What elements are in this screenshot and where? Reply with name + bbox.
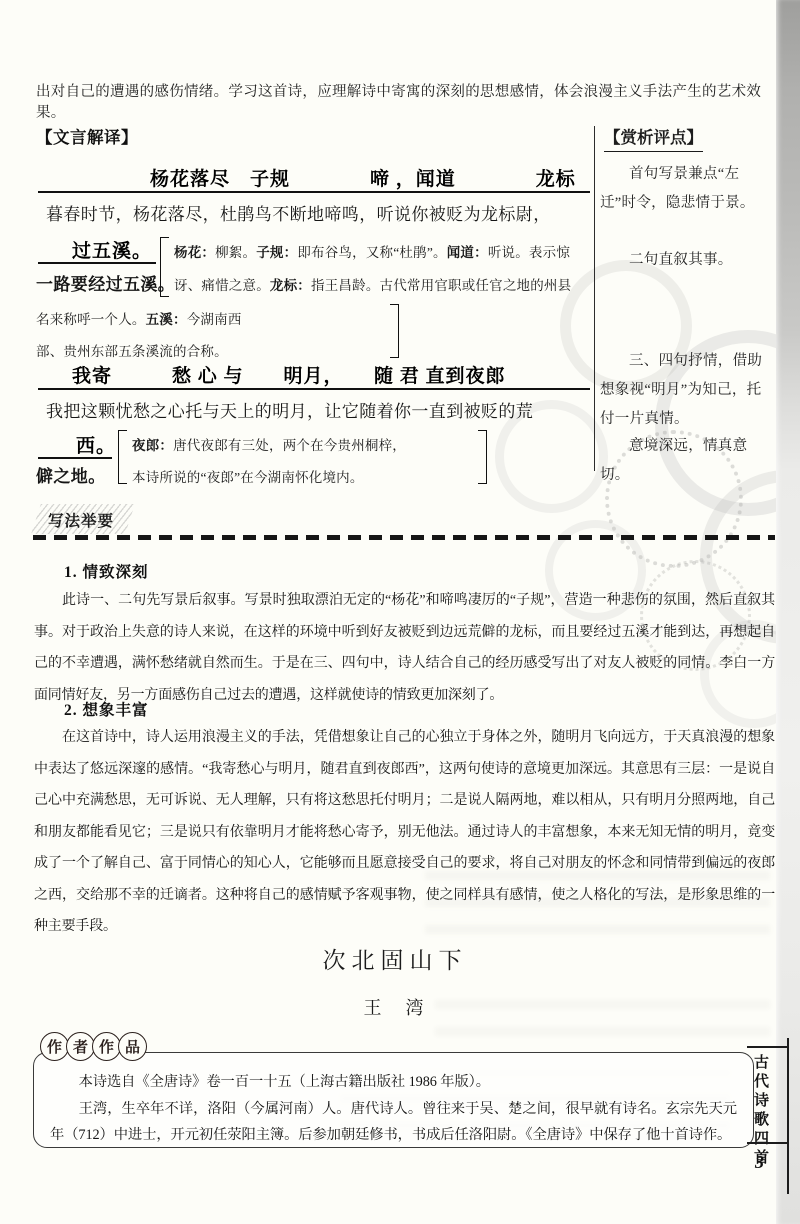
verse2-underline bbox=[38, 388, 590, 390]
next-poem-author: 王 湾 bbox=[0, 994, 790, 1020]
annotation-bracket-open bbox=[160, 237, 169, 297]
verse1-translation-line1: 暮春时节，杨花落尽，杜鹃鸟不断地啼鸣，听说你被贬为龙标尉， bbox=[46, 200, 551, 225]
verse1-note-line1: 杨花：柳絮。子规：即布谷鸟，又称“杜鹃”。闻道：听说。表示惊 bbox=[174, 241, 570, 261]
translation-header: 【文言解译】 bbox=[36, 124, 138, 148]
badge-char: 作 bbox=[40, 1032, 69, 1061]
verse1-note-line4: 部、贵州东部五条溪流的合称。 bbox=[36, 340, 228, 360]
badge-char: 者 bbox=[66, 1032, 95, 1061]
next-poem-title: 次北固山下 bbox=[0, 942, 790, 975]
appreciation-note-4: 意境深远，情真意切。 bbox=[600, 432, 774, 490]
badge-char: 作 bbox=[92, 1032, 121, 1061]
verse2-poem-line: 我寄 愁 心 与 明月， 随 君 直到夜郎 bbox=[72, 361, 506, 388]
side-tab-top-rule bbox=[747, 1046, 789, 1048]
page-number: 3 bbox=[755, 1152, 764, 1173]
verse1-underline bbox=[38, 191, 590, 193]
side-tab-label: 古代诗歌四首 bbox=[750, 1054, 771, 1168]
writing-point2-title: 2. 想象丰富 bbox=[64, 698, 149, 720]
sidebar-divider bbox=[594, 126, 595, 471]
author-works-box: 本诗选自《全唐诗》卷一百一十五（上海古籍出版社 1986 年版）。 王湾，生卒年… bbox=[33, 1052, 754, 1148]
writing-header: 写法举要 bbox=[48, 509, 114, 531]
annotation-bracket-open bbox=[118, 430, 127, 484]
verse1-poem-line: 杨花落尽 子规 啼 ，闻道 龙标 bbox=[150, 164, 576, 191]
side-tab-bottom-rule bbox=[747, 1142, 789, 1144]
annotation-bracket-close bbox=[478, 430, 487, 484]
appreciation-note-3: 三、四句抒情，借助想象视“明月”为知己，托付一片真情。 bbox=[600, 347, 774, 434]
writing-point1-body: 此诗一、二句先写景后叙事。写景时独取漂泊无定的“杨花”和啼鸣凄厉的“子规”，营造… bbox=[34, 585, 775, 711]
author-box-para2: 王湾，生卒年不详，洛阳（今属河南）人。唐代诗人。曾往来于吴、楚之间，很早就有诗名… bbox=[50, 1096, 737, 1149]
appreciation-note-1: 首句写景兼点“左迁”时令，隐悲情于景。 bbox=[600, 160, 774, 218]
intro-paragraph: 出对自己的遭遇的感伤情绪。学习这首诗，应理解诗中寄寓的深刻的思想感情，体会浪漫主… bbox=[36, 80, 776, 122]
author-works-badge: 作 者 作 品 bbox=[40, 1032, 147, 1061]
annotation-bracket-close bbox=[390, 304, 399, 358]
verse1-note-line2: 讶、痛惜之意。龙标：指王昌龄。古代常用官职或任官之地的州县 bbox=[174, 274, 571, 294]
verse1-cont-underline bbox=[38, 262, 156, 264]
side-tab-vertical-rule bbox=[787, 1038, 789, 1194]
appreciation-note-2: 二句直叙其事。 bbox=[600, 246, 774, 275]
badge-char: 品 bbox=[118, 1032, 147, 1061]
verse2-translation-line1: 我把这颗忧愁之心托与天上的明月，让它随着你一直到被贬的荒 bbox=[46, 397, 533, 422]
writing-point1-title: 1. 情致深刻 bbox=[64, 560, 149, 582]
verse2-translation-line2: 僻之地。 bbox=[36, 462, 106, 487]
verse1-poem-cont: 过五溪。 bbox=[72, 236, 152, 263]
textbook-page: 出对自己的遭遇的感伤情绪。学习这首诗，应理解诗中寄寓的深刻的思想感情，体会浪漫主… bbox=[0, 0, 800, 1224]
verse1-translation-line2: 一路要经过五溪。 bbox=[36, 270, 175, 295]
author-box-para1: 本诗选自《全唐诗》卷一百一十五（上海古籍出版社 1986 年版）。 bbox=[50, 1069, 737, 1096]
writing-dashed-rule bbox=[33, 535, 775, 540]
verse2-poem-cont: 西。 bbox=[76, 431, 116, 458]
verse2-note-line2: 本诗所说的“夜郎”在今湖南怀化境内。 bbox=[132, 466, 364, 486]
verse2-cont-underline bbox=[38, 457, 112, 459]
verse1-note-line3: 名来称呼一个人。五溪：今湖南西 bbox=[36, 308, 242, 328]
writing-point2-body: 在这首诗中，诗人运用浪漫主义的手法，凭借想象让自己的心独立于身体之外，随明月飞向… bbox=[34, 722, 775, 943]
appreciation-header: 【赏析评点】 bbox=[604, 124, 703, 152]
verse2-note-line1: 夜郎：唐代夜郎有三处，两个在今贵州桐梓， bbox=[132, 434, 406, 454]
